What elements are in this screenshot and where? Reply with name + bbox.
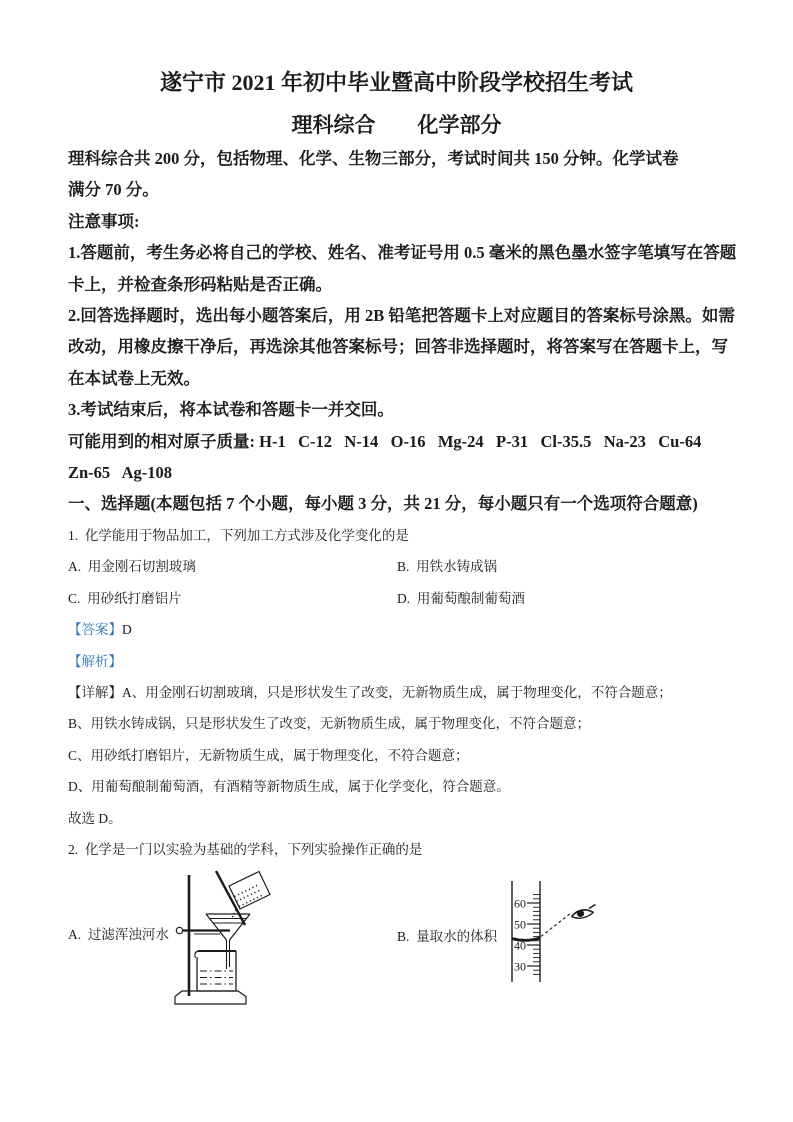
sight-line: [541, 913, 571, 937]
scale-label-30: 30: [514, 960, 526, 974]
funnel: [206, 914, 250, 969]
question-2-figure-row: A. 过滤浑浊河水: [68, 865, 725, 1017]
filtration-apparatus-figure: [172, 867, 272, 1007]
question-1-option-c: C. 用砂纸打磨铝片: [68, 583, 397, 614]
atomic-masses-line: 可能用到的相对原子质量: H-1 C-12 N-14 O-16 Mg-24 P-…: [68, 426, 725, 457]
notice-line: 卡上，并检查条形码粘贴是否正确。: [68, 269, 725, 300]
document-body: 理科综合共 200 分，包括物理、化学、生物三部分，考试时间共 150 分钟。化…: [68, 143, 725, 1017]
detail-line: C、用砂纸打磨铝片，无新物质生成，属于物理变化，不符合题意；: [68, 740, 725, 771]
glass-rod: [216, 871, 245, 925]
scale-label-50: 50: [514, 918, 526, 932]
conclusion-line: 故选 D。: [68, 803, 725, 834]
analysis-line: 【解析】: [68, 646, 725, 677]
intro-line: 满分 70 分。: [68, 174, 725, 205]
pouring-beaker: [229, 872, 270, 919]
detail-line: D、用葡萄酿制葡萄酒，有酒精等新物质生成，属于化学变化，符合题意。: [68, 771, 725, 802]
exam-document-page: 遂宁市 2021 年初中毕业暨高中阶段学校招生考试 理科综合 化学部分 理科综合…: [0, 0, 793, 1122]
graduated-cylinder-figure: 60 50 40 30: [506, 879, 601, 991]
question-2-option-a-label: A. 过滤浑浊河水: [68, 919, 169, 950]
scale-label-60: 60: [514, 897, 526, 911]
detail-line: B、用铁水铸成锅，只是形状发生了改变，无新物质生成，属于物理变化，不符合题意；: [68, 708, 725, 739]
analysis-label: 【解析】: [68, 654, 122, 669]
page-title: 遂宁市 2021 年初中毕业暨高中阶段学校招生考试: [68, 0, 725, 96]
question-1-option-a: A. 用金刚石切割玻璃: [68, 551, 397, 582]
question-2-option-b-label: B. 量取水的体积: [397, 921, 497, 952]
atomic-masses-line: Zn-65 Ag-108: [68, 457, 725, 488]
question-1-option-b: B. 用铁水铸成锅: [397, 551, 725, 582]
notice-line: 2.回答选择题时，选出每小题答案后，用 2B 铅笔把答题卡上对应题目的答案标号涂…: [68, 300, 725, 331]
notices-heading: 注意事项:: [68, 206, 725, 237]
intro-line: 理科综合共 200 分，包括物理、化学、生物三部分，考试时间共 150 分钟。化…: [68, 143, 725, 174]
question-2-text: 2. 化学是一门以实验为基础的学科，下列实验操作正确的是: [68, 834, 725, 865]
cylinder-scale: 60 50 40 30: [514, 895, 540, 975]
question-1-option-d: D. 用葡萄酿制葡萄酒: [397, 583, 725, 614]
page-subtitle: 理科综合 化学部分: [68, 112, 725, 138]
notice-line: 3.考试结束后，将本试卷和答题卡一并交回。: [68, 394, 725, 425]
eye-icon: [572, 905, 596, 919]
detail-line: 【详解】A、用金刚石切割玻璃，只是形状发生了改变，无新物质生成，属于物理变化，不…: [68, 677, 725, 708]
notice-line: 在本试卷上无效。: [68, 363, 725, 394]
section-heading: 一、选择题(本题包括 7 个小题，每小题 3 分，共 21 分，每小题只有一个选…: [68, 488, 725, 519]
question-1-options: A. 用金刚石切割玻璃 B. 用铁水铸成锅 C. 用砂纸打磨铝片 D. 用葡萄酿…: [68, 551, 725, 614]
answer-value: D: [122, 622, 132, 637]
question-1-text: 1. 化学能用于物品加工，下列加工方式涉及化学变化的是: [68, 520, 725, 551]
notice-line: 1.答题前，考生务必将自己的学校、姓名、准考证号用 0.5 毫米的黑色墨水签字笔…: [68, 237, 725, 268]
water-meniscus: [512, 938, 540, 940]
answer-label: 【答案】: [68, 622, 122, 637]
notice-line: 改动，用橡皮擦干净后，再选涂其他答案标号；回答非选择题时，将答案写在答题卡上，写: [68, 331, 725, 362]
answer-line: 【答案】D: [68, 614, 725, 645]
